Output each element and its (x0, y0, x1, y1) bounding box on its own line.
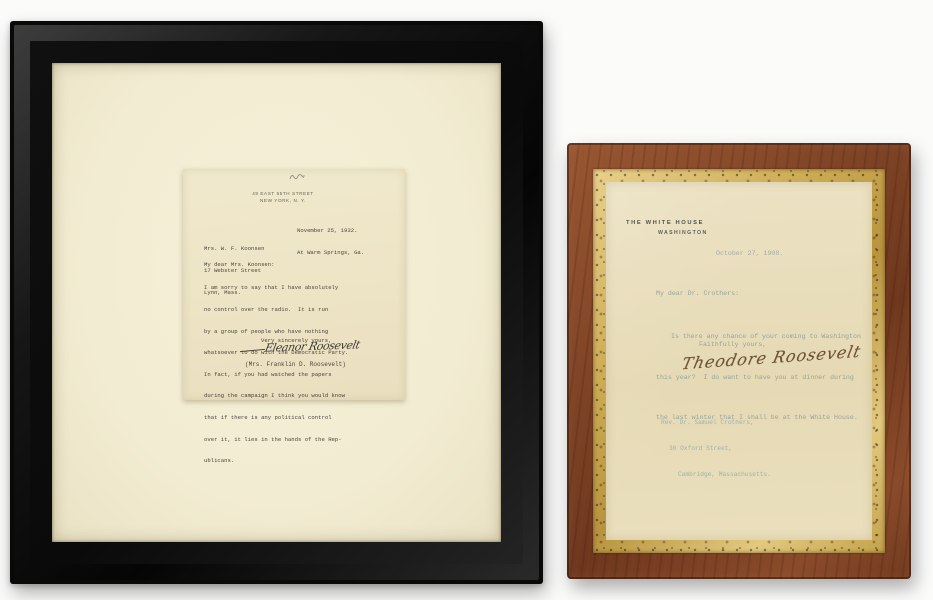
letterhead-title: THE WHITE HOUSE (626, 220, 708, 226)
letterhead-city: WASHINGTON (658, 230, 708, 236)
body-line: by a group of people who have nothing (204, 328, 348, 335)
theodore-letter-wood-frame: THE WHITE HOUSE WASHINGTON October 27, 1… (567, 143, 911, 579)
body-line: over it, it lies in the hands of the Rep… (204, 436, 348, 443)
body-line: no control over the radio. It is run (204, 306, 348, 313)
body-line: I am sorry to say that I have absolutely (204, 284, 348, 291)
auction-photo-background: 49 EAST 65TH STREET NEW YORK, N. Y. Nove… (0, 0, 933, 600)
black-frame-bevel-molding: 49 EAST 65TH STREET NEW YORK, N. Y. Nove… (14, 25, 539, 580)
recipient-name: Rev. Dr. Samuel Crothers, (661, 419, 771, 428)
body-line: during the campaign I think you would kn… (204, 392, 348, 399)
salutation: My dear Mrs. Koonsen: (204, 261, 275, 268)
white-house-letterhead: THE WHITE HOUSE WASHINGTON (626, 220, 708, 236)
letterhead-city: NEW YORK, N. Y. (183, 197, 383, 204)
date-block: November 25, 1932. At Warm Springs, Ga. (297, 213, 364, 271)
date-line: November 25, 1932. (297, 227, 364, 234)
black-frame-inner-lip: 49 EAST 65TH STREET NEW YORK, N. Y. Nove… (30, 41, 523, 564)
body-line: ublicans. (204, 457, 348, 464)
complimentary-closing: Faithfully yours, (699, 341, 766, 348)
cream-mat-board: 49 EAST 65TH STREET NEW YORK, N. Y. Nove… (52, 63, 501, 542)
pencil-scribble-icon (289, 172, 305, 181)
eleanor-roosevelt-letter-page: 49 EAST 65TH STREET NEW YORK, N. Y. Nove… (183, 169, 405, 400)
recipient-city: Cambridge, Massachusetts. (678, 471, 771, 480)
date-place-line: At Warm Springs, Ga. (297, 249, 364, 256)
body-line: In fact, if you had watched the papers (204, 371, 348, 378)
letterhead-street: 49 EAST 65TH STREET (183, 190, 383, 197)
date-line: October 27, 1908. (716, 250, 783, 257)
recipient-address-block: Rev. Dr. Samuel Crothers, 30 Oxford Stre… (661, 402, 771, 497)
gilt-liner: THE WHITE HOUSE WASHINGTON October 27, 1… (593, 169, 885, 553)
body-line: that if there is any political control (204, 414, 348, 421)
letter-body: I am sorry to say that I have absolutely… (204, 270, 348, 479)
salutation: My dear Dr. Crothers: (656, 290, 739, 297)
recipient-name: Mrs. W. F. Koonsen (204, 245, 264, 252)
recipient-street: 30 Oxford Street, (669, 445, 771, 454)
letterhead-block: 49 EAST 65TH STREET NEW YORK, N. Y. (183, 190, 383, 204)
signature-caption: (Mrs. Franklin D. Roosevelt) (245, 361, 346, 368)
theodore-roosevelt-letter-page: THE WHITE HOUSE WASHINGTON October 27, 1… (606, 182, 872, 540)
eleanor-letter-black-frame: 49 EAST 65TH STREET NEW YORK, N. Y. Nove… (10, 21, 543, 584)
